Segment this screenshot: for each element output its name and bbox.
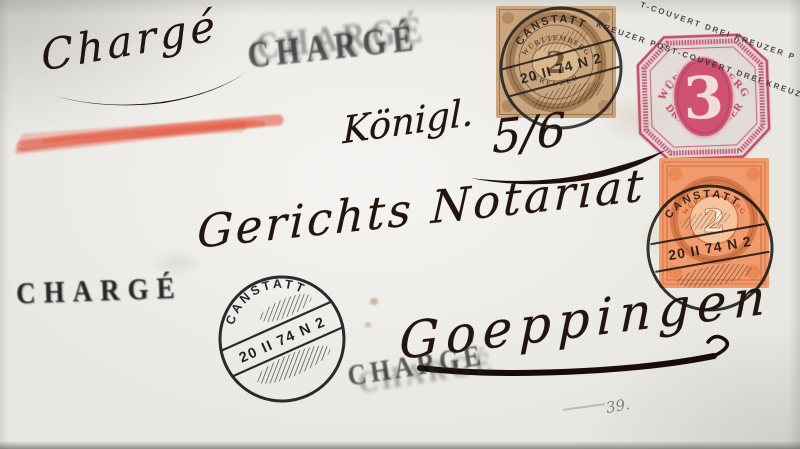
embossed-3kreuzer-stamp: WÜRTTEMBERG DREI·KREUZER 3 xyxy=(634,31,773,164)
foxing-dot xyxy=(370,298,378,305)
red-crayon-mark xyxy=(10,106,295,162)
charge-handstamp-left: CHARGÉ xyxy=(16,272,183,309)
address-koenigl: Königl. xyxy=(343,91,474,153)
envelope: Chargé CHARGÉ CHARGÉ WÜRTTEMBERG KREUZER… xyxy=(0,0,800,449)
pencil-dash xyxy=(563,403,605,410)
foxing-dot xyxy=(365,322,371,328)
pencil-notation: 39. xyxy=(605,395,632,417)
brown-postmark-date: 20 II 74 N 2 xyxy=(518,49,604,86)
charge-underline-flourish xyxy=(52,64,257,114)
canstatt-postmark: CANSTATT 20 II 74 N 2 xyxy=(210,270,360,412)
orange-postmark-date: 20 II 74 N 2 xyxy=(667,233,753,263)
address-line-gerichts: Gerichts Notariat xyxy=(196,158,647,259)
pink-stamp-numeral: 3 xyxy=(682,63,725,132)
